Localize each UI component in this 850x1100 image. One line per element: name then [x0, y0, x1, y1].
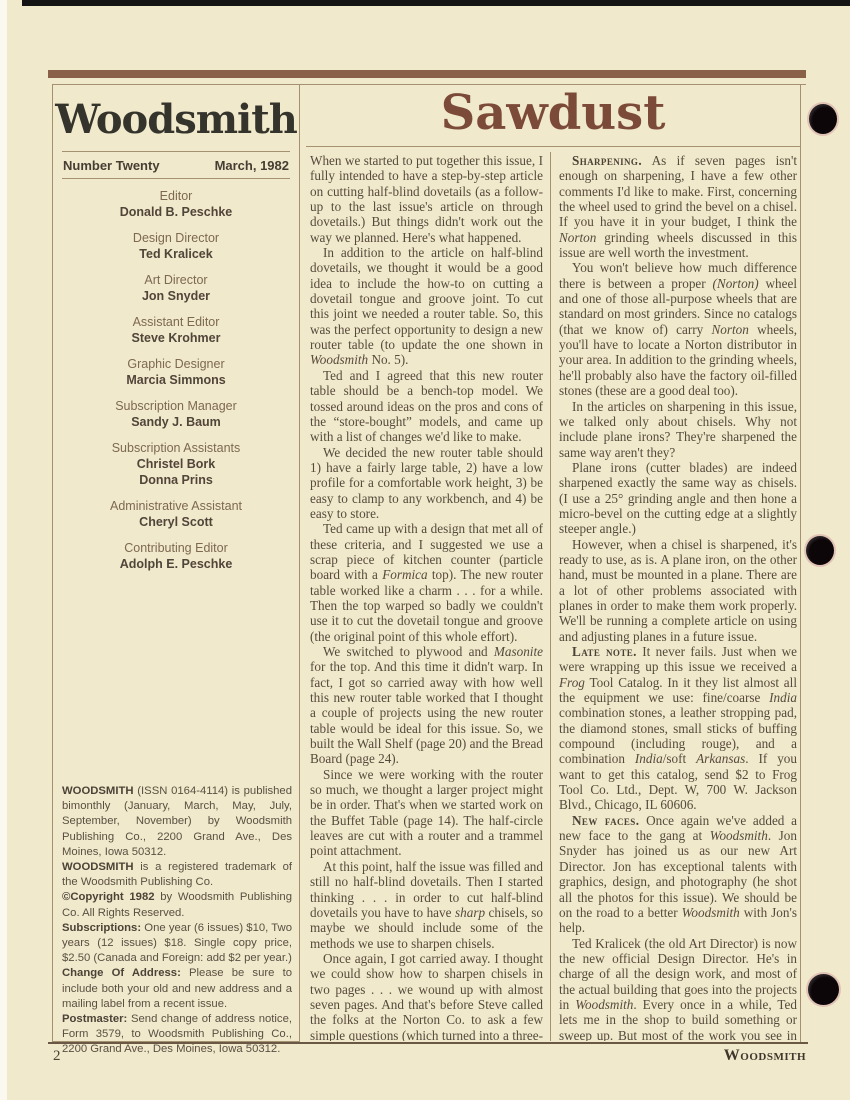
- staff-name: Marcia Simmons: [53, 372, 299, 388]
- fine-print-paragraph: ©Copyright 1982 by Woodsmith Publishing …: [62, 890, 292, 920]
- paragraph: When we started to put together this iss…: [310, 153, 543, 245]
- article-column-2: Sharpening. As if seven pages isn't enou…: [559, 153, 797, 1041]
- masthead-box: Woodsmith Number Twenty March, 1982 Edit…: [52, 84, 300, 1042]
- article-column-1: When we started to put together this iss…: [310, 153, 543, 1041]
- fine-print-paragraph: WOODSMITH is a registered trademark of t…: [62, 860, 292, 890]
- body-text: No. 5).: [368, 352, 408, 367]
- title-underline-rule: [306, 146, 800, 147]
- punch-hole-mark-icon: [809, 104, 837, 134]
- italic-text: Woodsmith: [575, 997, 633, 1012]
- magazine-page: Woodsmith Number Twenty March, 1982 Edit…: [0, 0, 850, 1100]
- staff-entry: EditorDonald B. Peschke: [53, 188, 299, 220]
- staff-list: EditorDonald B. PeschkeDesign DirectorTe…: [53, 179, 299, 572]
- staff-entry: Subscription ManagerSandy J. Baum: [53, 398, 299, 430]
- staff-name: Cheryl Scott: [53, 514, 299, 530]
- scan-edge-left: [0, 0, 7, 1100]
- italic-text: sharp: [455, 905, 485, 920]
- paragraph-lead: Sharpening.: [572, 153, 642, 168]
- fine-print-lead: WOODSMITH: [62, 861, 134, 873]
- italic-text: Arkansas: [696, 751, 745, 766]
- fine-print-lead: Subscriptions:: [62, 922, 141, 934]
- staff-name: Ted Kralicek: [53, 246, 299, 262]
- body-text: When we started to put together this iss…: [310, 153, 543, 245]
- fine-print-paragraph: WOODSMITH (ISSN 0164-4114) is published …: [62, 784, 292, 860]
- italic-text: Masonite: [494, 644, 543, 659]
- paragraph: We switched to plywood and Masonite for …: [310, 644, 543, 767]
- italic-text: Woodsmith: [710, 828, 768, 843]
- paragraph: At this point, half the issue was filled…: [310, 859, 543, 951]
- staff-entry: Design DirectorTed Kralicek: [53, 230, 299, 262]
- paragraph: Late note. It never fails. Just when we …: [559, 644, 797, 813]
- staff-name: Jon Snyder: [53, 288, 299, 304]
- italic-text: Formica: [382, 567, 427, 582]
- paragraph: In addition to the article on half-blind…: [310, 245, 543, 368]
- paragraph-lead: New faces.: [572, 813, 639, 828]
- body-text: We switched to plywood and: [323, 644, 494, 659]
- staff-role: Assistant Editor: [53, 314, 299, 330]
- staff-role: Design Director: [53, 230, 299, 246]
- fine-print-lead: WOODSMITH: [62, 785, 134, 797]
- staff-entry: Graphic DesignerMarcia Simmons: [53, 356, 299, 388]
- column-divider-rule: [550, 152, 551, 1041]
- staff-name: Steve Krohmer: [53, 330, 299, 346]
- paragraph-lead: Late note.: [572, 644, 637, 659]
- staff-name: Donald B. Peschke: [53, 204, 299, 220]
- staff-entry: Subscription AssistantsChristel BorkDonn…: [53, 440, 299, 488]
- body-text: In the articles on sharpening in this is…: [559, 399, 797, 460]
- paragraph: Ted and I agreed that this new router ta…: [310, 368, 543, 445]
- body-text: Since we were working with the router so…: [310, 767, 543, 859]
- body-text: Tool Catalog. In it they list almost all…: [559, 675, 797, 705]
- fine-print-lead: Postmaster:: [62, 1013, 127, 1025]
- fine-print-lead: Change Of Address:: [62, 967, 181, 979]
- article-title: Sawdust: [306, 84, 800, 144]
- staff-entry: Contributing EditorAdolph E. Peschke: [53, 540, 299, 572]
- publication-fine-print: WOODSMITH (ISSN 0164-4114) is published …: [62, 784, 292, 1058]
- staff-name: Adolph E. Peschke: [53, 556, 299, 572]
- paragraph: Ted came up with a design that met all o…: [310, 521, 543, 644]
- italic-text: India: [635, 751, 663, 766]
- body-text: /soft: [663, 751, 696, 766]
- punch-hole-mark-icon: [808, 974, 839, 1005]
- issue-number: Number Twenty: [63, 158, 160, 173]
- italic-text: Frog: [559, 675, 585, 690]
- issue-line: Number Twenty March, 1982: [53, 152, 299, 178]
- body-text: for the top. And this time it didn't war…: [310, 659, 543, 766]
- paragraph: New faces. Once again we've added a new …: [559, 813, 797, 936]
- paragraph: Sharpening. As if seven pages isn't enou…: [559, 153, 797, 260]
- paragraph: However, when a chisel is sharpened, it'…: [559, 537, 797, 644]
- footer-rule: [48, 1042, 808, 1044]
- staff-entry: Art DirectorJon Snyder: [53, 272, 299, 304]
- paragraph: Once again, I got carried away. I though…: [310, 951, 543, 1041]
- top-thick-rule: [48, 70, 806, 78]
- staff-role: Editor: [53, 188, 299, 204]
- italic-text: Woodsmith: [682, 905, 740, 920]
- body-text: However, when a chisel is sharpened, it'…: [559, 537, 797, 644]
- staff-role: Contributing Editor: [53, 540, 299, 556]
- body-text: Plane irons (cutter blades) are indeed s…: [559, 460, 797, 536]
- paragraph: Since we were working with the router so…: [310, 767, 543, 859]
- fine-print-lead: ©Copyright 1982: [62, 891, 155, 903]
- italic-text: Norton: [559, 230, 596, 245]
- paragraph: In the articles on sharpening in this is…: [559, 399, 797, 460]
- issue-date: March, 1982: [215, 158, 289, 173]
- staff-name: Sandy J. Baum: [53, 414, 299, 430]
- paragraph: We decided the new router table should 1…: [310, 445, 543, 522]
- footer-brand: Woodsmith: [600, 1047, 806, 1065]
- staff-role: Administrative Assistant: [53, 498, 299, 514]
- body-text: Once again, I got carried away. I though…: [310, 951, 543, 1041]
- italic-text: India: [769, 690, 797, 705]
- right-vertical-rule: [800, 84, 801, 1042]
- masthead-logo: Woodsmith: [53, 96, 299, 143]
- paragraph: You won't believe how much difference th…: [559, 260, 797, 398]
- body-text: In addition to the article on half-blind…: [310, 245, 543, 352]
- staff-role: Graphic Designer: [53, 356, 299, 372]
- paragraph: Ted Kralicek (the old Art Director) is n…: [559, 936, 797, 1041]
- punch-hole-mark-icon: [806, 536, 834, 565]
- italic-text: Woodsmith: [310, 352, 368, 367]
- staff-role: Subscription Manager: [53, 398, 299, 414]
- staff-role: Art Director: [53, 272, 299, 288]
- fine-print-paragraph: Subscriptions: One year (6 issues) $10, …: [62, 921, 292, 967]
- fine-print-paragraph: Change Of Address: Please be sure to inc…: [62, 966, 292, 1012]
- italic-text: Norton: [711, 322, 748, 337]
- staff-role: Subscription Assistants: [53, 440, 299, 456]
- body-text: We decided the new router table should 1…: [310, 445, 543, 521]
- staff-name: Christel Bork: [53, 456, 299, 472]
- staff-entry: Assistant EditorSteve Krohmer: [53, 314, 299, 346]
- paragraph: Plane irons (cutter blades) are indeed s…: [559, 460, 797, 537]
- body-text: Ted and I agreed that this new router ta…: [310, 368, 543, 444]
- fine-print-paragraph: Postmaster: Send change of address notic…: [62, 1012, 292, 1058]
- italic-text: (Norton): [713, 276, 759, 291]
- page-number: 2: [53, 1048, 61, 1065]
- staff-name: Donna Prins: [53, 472, 299, 488]
- scan-edge-top: [22, 0, 850, 6]
- staff-entry: Administrative AssistantCheryl Scott: [53, 498, 299, 530]
